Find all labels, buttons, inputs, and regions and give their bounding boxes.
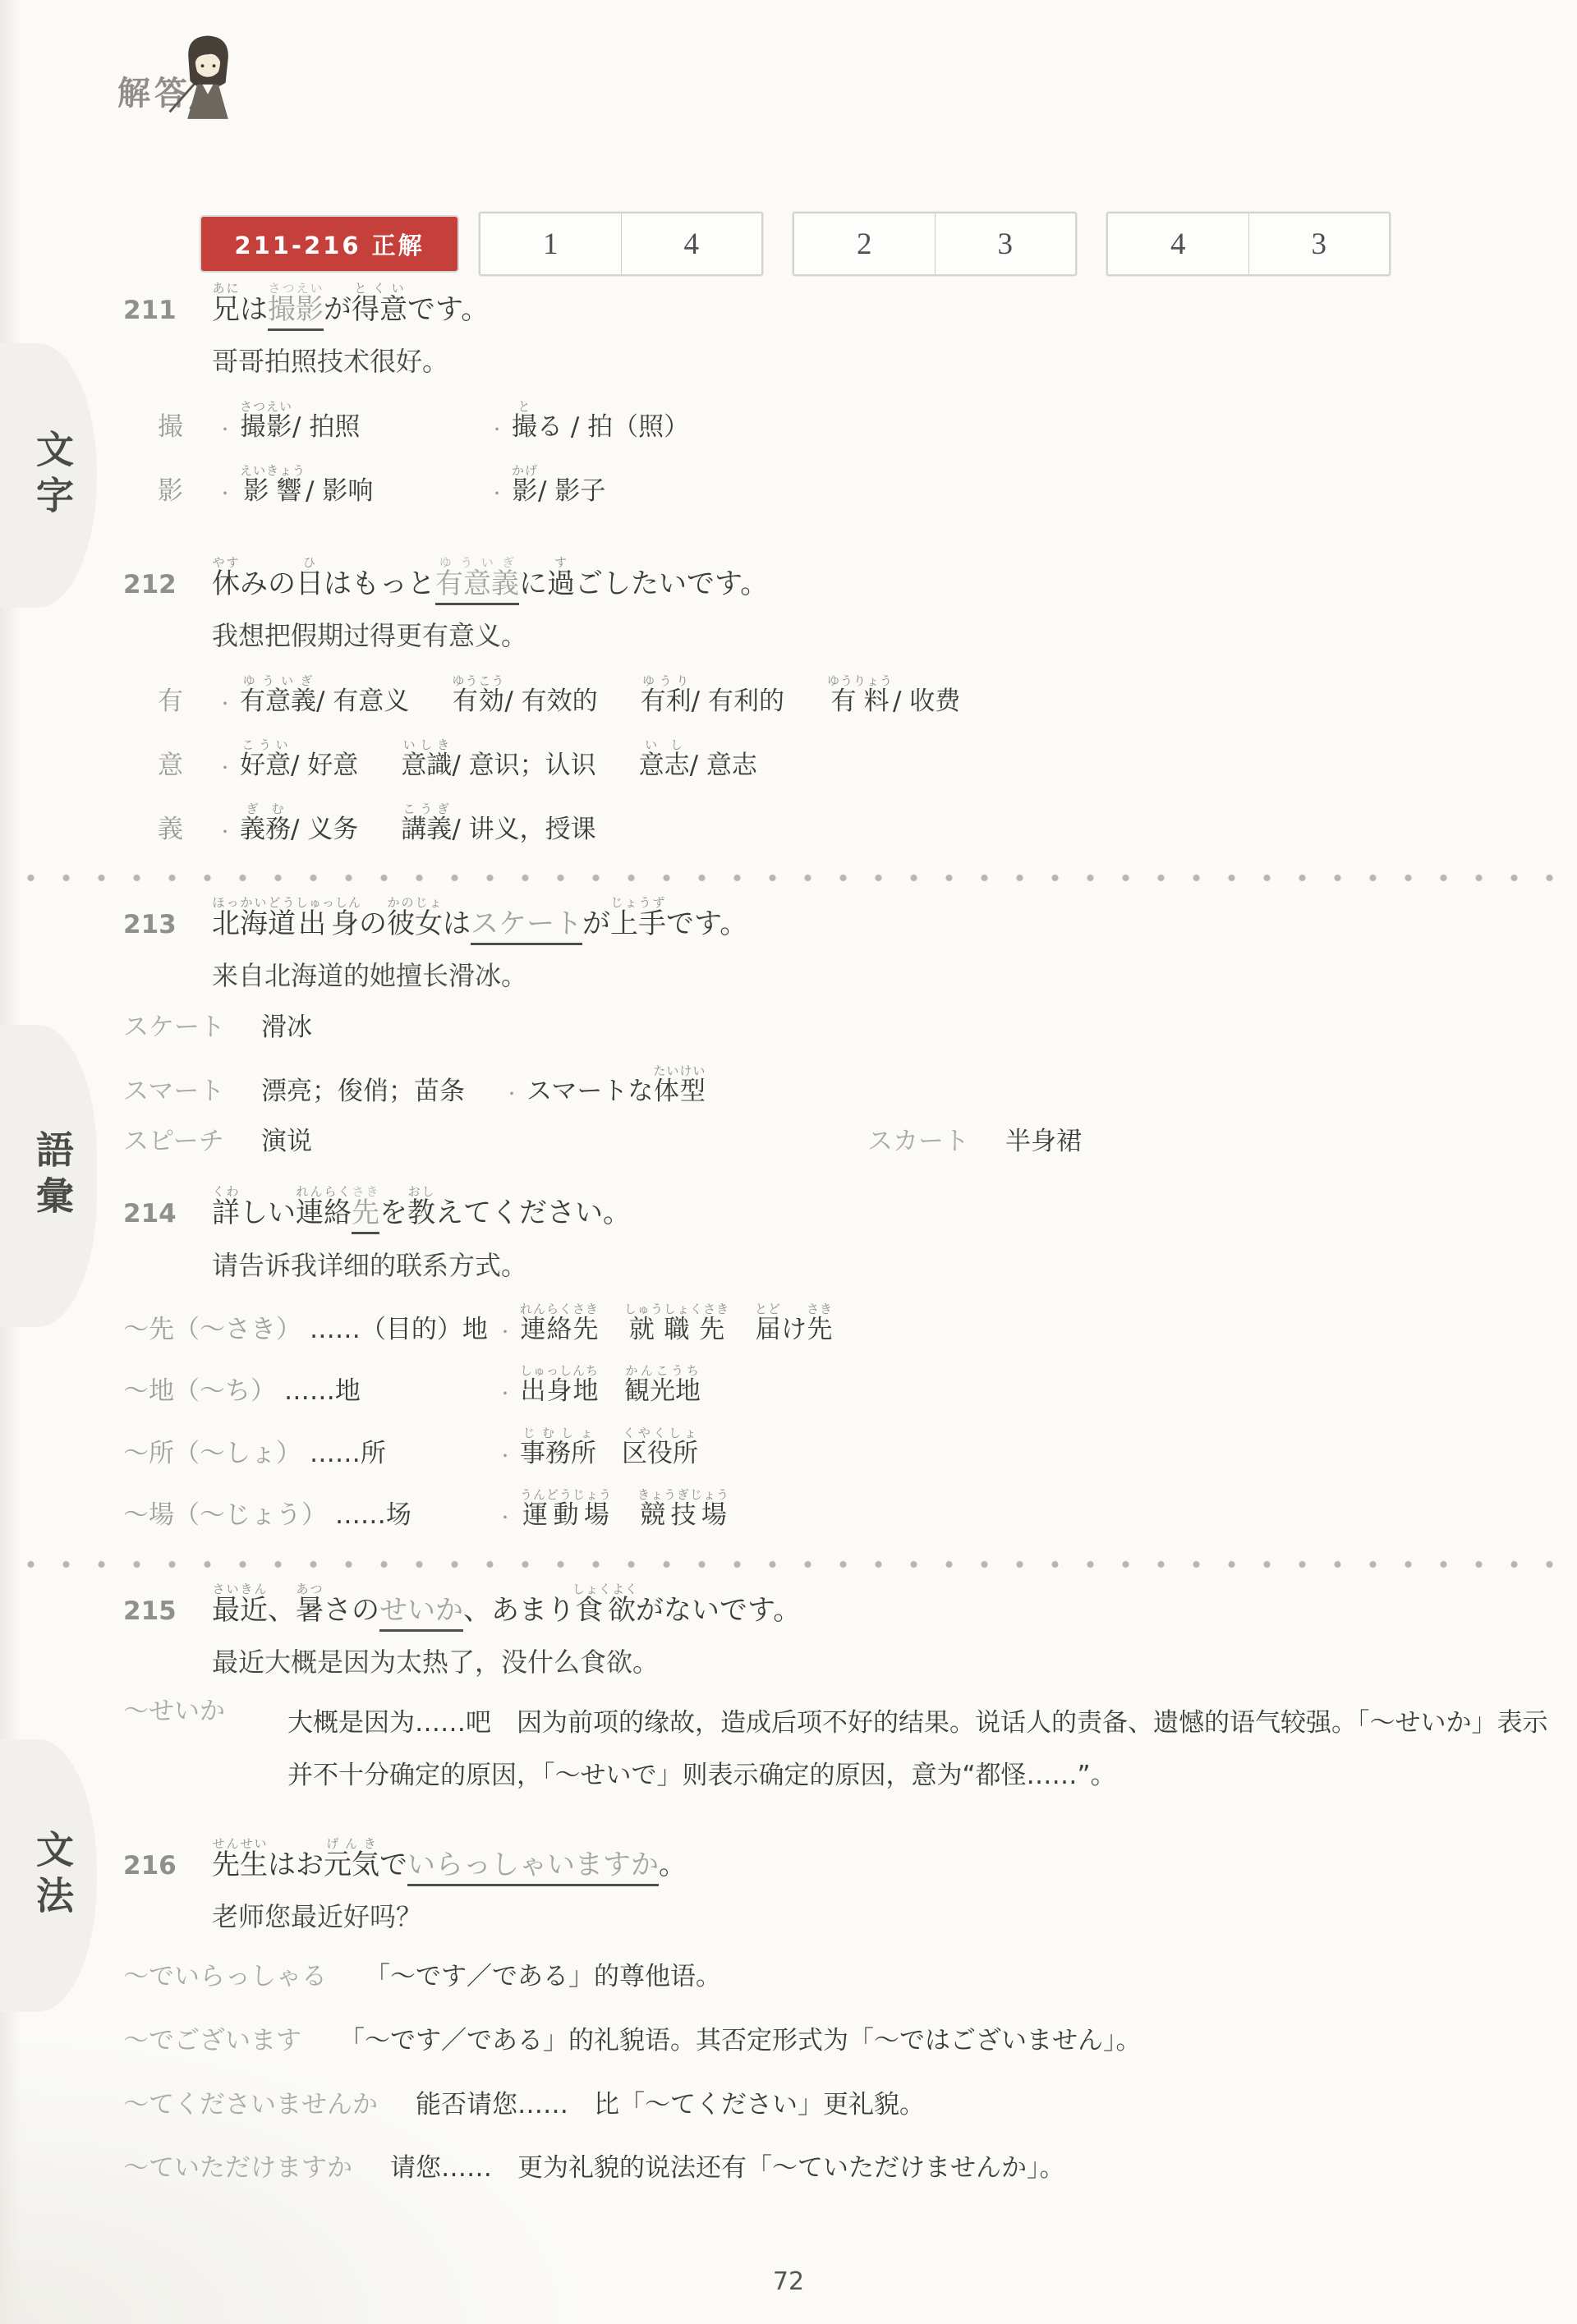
text-segment: ～せいか bbox=[123, 1697, 225, 1726]
text-segment: 先さき bbox=[352, 1196, 379, 1234]
vocab-row: ～ていただけますか请您…… 更为礼貌的说法还有「～ていただけませんか」。 bbox=[123, 2148, 1554, 2189]
text-segment: 観光地かんこうち bbox=[624, 1363, 701, 1407]
vocab-item: 大概是因为……吧 因为前项的缘故，造成后项不好的结果。说话人的责备、遗憾的语气较… bbox=[287, 1697, 1554, 1802]
vocab-item: 演说 bbox=[261, 1128, 854, 1157]
text-segment: 意識いしき bbox=[401, 737, 452, 781]
text-segment: 過す bbox=[547, 567, 575, 600]
page-number: 72 bbox=[0, 2267, 1577, 2296]
vocab-label: スピーチ bbox=[123, 1128, 261, 1157]
question-number: 215 bbox=[123, 1597, 212, 1627]
text-segment bbox=[612, 1501, 637, 1531]
text-segment: / 影响 bbox=[306, 477, 373, 507]
dotted-separator bbox=[7, 874, 1554, 882]
vocab-item: 有利ゆうり / 有利的 bbox=[641, 673, 784, 717]
textbook-answer-page: 文字語彙文法 解答 211-216 正解 142343 211兄あには撮影さつえ… bbox=[0, 0, 1577, 2324]
text-segment: は bbox=[443, 907, 471, 940]
vocab-label: スカート bbox=[867, 1128, 1005, 1157]
text-segment bbox=[596, 1440, 622, 1469]
answer-strips: 142343 bbox=[479, 212, 1420, 276]
vocab-item: 講義こうぎ / 讲义，授课 bbox=[401, 801, 595, 845]
vocab-label: スケート bbox=[123, 1013, 261, 1043]
vocab-label: 影 bbox=[158, 477, 217, 507]
text-segment: / 有意义 bbox=[316, 687, 409, 717]
text-segment: 事務所じむしょ bbox=[520, 1426, 596, 1469]
vocab-rows: 有・有意義ゆういぎ / 有意义有効ゆうこう / 有效的有利ゆうり / 有利的有料… bbox=[123, 673, 1554, 844]
text-segment: 体型たいけい bbox=[653, 1063, 706, 1107]
text-segment: 演说 bbox=[261, 1128, 312, 1157]
text-segment: です。 bbox=[407, 293, 489, 326]
vocab-row: 有・有意義ゆういぎ / 有意义有効ゆうこう / 有效的有利ゆうり / 有利的有料… bbox=[123, 673, 1554, 717]
question-sentence-line: 213北海道ほっかいどう出身しゅっしんの彼女かのじょはスケートが上手じょうずです… bbox=[123, 895, 1554, 940]
text-segment: 「～です／である」的礼貌语。其否定形式为「～ではございません」。 bbox=[339, 2021, 1142, 2062]
text-segment: 義務ぎむ bbox=[240, 801, 291, 845]
question-number: 214 bbox=[123, 1200, 212, 1229]
vocab-label: ～でございます bbox=[123, 2027, 301, 2056]
text-segment: 撮と bbox=[512, 399, 537, 443]
vocab-rows: 撮・撮影さつえい / 拍照・撮とる / 拍（照）影・影響えいきょう / 影响・影… bbox=[123, 399, 1554, 506]
text-segment bbox=[599, 1316, 624, 1345]
vocab-item: ・有意義ゆういぎ / 有意义 bbox=[217, 673, 409, 717]
text-segment: が bbox=[324, 293, 352, 326]
item-bullet: ・ bbox=[489, 420, 505, 439]
vocab-item: 能否请您…… 比「～てください」更礼貌。 bbox=[416, 2085, 925, 2126]
vocab-row: ～でいらっしゃる「～です／である」的尊他语。 bbox=[123, 1957, 1554, 1998]
vocab-label: 撮 bbox=[158, 413, 217, 443]
text-segment: はお bbox=[268, 1849, 324, 1881]
vocab-item: ・影かげ / 影子 bbox=[489, 463, 747, 507]
text-segment: で bbox=[379, 1849, 407, 1881]
sidebar-tab-label: 文字 bbox=[17, 429, 80, 521]
text-segment: 就職先しゅうしょくさき bbox=[624, 1302, 729, 1345]
question-sentence: 北海道ほっかいどう出身しゅっしんの彼女かのじょはスケートが上手じょうずです。 bbox=[212, 895, 747, 940]
answer-value: 3 bbox=[935, 214, 1076, 274]
item-bullet: ・ bbox=[217, 823, 233, 842]
vocab-item: 半身裙 bbox=[1005, 1128, 1082, 1157]
text-segment: 撮 bbox=[158, 412, 183, 442]
question-214: 214詳くわしい連絡れんらく先さきを教おしえてください。请告诉我详细的联系方式。… bbox=[123, 1184, 1554, 1531]
vocab-item: 「～です／である」的尊他语。 bbox=[365, 1957, 721, 1998]
text-segment: 有利ゆうり bbox=[641, 673, 692, 717]
sidebar-tab-label: 語彙 bbox=[17, 1130, 80, 1222]
sidebar-tab-文法: 文法 bbox=[0, 1739, 97, 2012]
vocab-item: 滑冰 bbox=[261, 1013, 312, 1043]
answer-value: 4 bbox=[621, 214, 762, 274]
question-sentence: 先生せんせいはお元気げんきでいらっしゃいますか。 bbox=[212, 1836, 687, 1881]
vocab-row: 義・義務ぎむ / 义务講義こうぎ / 讲义，授课 bbox=[123, 801, 1554, 845]
text-segment: 有効ゆうこう bbox=[452, 673, 504, 717]
text-segment: / 影子 bbox=[538, 477, 605, 507]
text-segment: 撮影さつえい bbox=[268, 293, 324, 331]
text-segment: け bbox=[781, 1316, 807, 1345]
question-sentence-line: 215最近さいきん、暑あつさのせいか、あまり食欲しょくよくがないです。 bbox=[123, 1582, 1554, 1627]
vocab-row: ～所（～しょ） ……所・事務所じむしょ 区役所くやくしょ bbox=[123, 1426, 1554, 1469]
text-segment: 影かげ bbox=[512, 463, 538, 507]
text-segment: 食欲しょくよく bbox=[575, 1594, 636, 1627]
text-segment: 意 bbox=[158, 751, 183, 780]
text-segment: スマートな bbox=[526, 1077, 653, 1107]
text-segment: は bbox=[240, 293, 268, 326]
vocab-label: ～ていただけますか bbox=[123, 2154, 352, 2184]
text-segment: ～でございます bbox=[123, 2026, 301, 2055]
text-segment: ～地（～ち） bbox=[123, 1376, 276, 1406]
text-segment: 先生せんせい bbox=[212, 1849, 268, 1881]
text-segment: 区役所くやくしょ bbox=[622, 1426, 698, 1469]
vocab-row: ～先（～さき） ……（目的）地・連絡先れんらくさき 就職先しゅうしょくさき 届と… bbox=[123, 1302, 1554, 1345]
text-segment: / 收费 bbox=[893, 687, 960, 717]
answer-value: 1 bbox=[480, 214, 621, 274]
sidebar-tab-label: 文法 bbox=[17, 1830, 80, 1922]
text-segment: る / 拍（照） bbox=[537, 413, 689, 443]
vocab-row: ～せいか大概是因为……吧 因为前项的缘故，造成后项不好的结果。说话人的责备、遗憾… bbox=[123, 1697, 1554, 1802]
correct-answer-range-badge: 211-216 正解 bbox=[201, 217, 457, 271]
question-translation: 哥哥拍照技术很好。 bbox=[212, 341, 1554, 379]
question-translation: 我想把假期过得更有意义。 bbox=[212, 615, 1554, 653]
text-segment: ～場（～じょう） bbox=[123, 1500, 327, 1530]
vocab-row: ～場（～じょう） ……场・運動場うんどうじょう 競技場きょうぎじょう bbox=[123, 1487, 1554, 1531]
text-segment: 出身しゅっしん bbox=[296, 907, 359, 940]
vocab-label: ～先（～さき） ……（目的）地 bbox=[123, 1316, 497, 1345]
text-segment: がないです。 bbox=[636, 1594, 801, 1627]
text-segment: に bbox=[519, 567, 547, 600]
question-212: 212休やすみの日ひはもっと有意義ゆういぎに過すごしたいです。我想把假期过得更有… bbox=[123, 555, 1554, 844]
vocab-item: ・撮とる / 拍（照） bbox=[489, 399, 747, 443]
text-segment: いらっしゃいますか bbox=[407, 1849, 659, 1886]
question-number: 216 bbox=[123, 1852, 212, 1881]
text-segment: 元気げんき bbox=[324, 1849, 379, 1881]
question-216: 216先生せんせいはお元気げんきでいらっしゃいますか。老师您最近好吗？～でいらっ… bbox=[123, 1836, 1554, 2189]
answer-bar: 211-216 正解 142343 bbox=[201, 212, 1577, 276]
text-segment: 影 bbox=[158, 476, 183, 506]
vocab-label: ～所（～しょ） ……所 bbox=[123, 1440, 497, 1469]
text-segment: 日ひ bbox=[296, 567, 324, 600]
item-bullet: ・ bbox=[217, 759, 233, 778]
vocab-item: 「～です／である」的礼貌语。其否定形式为「～ではございません」。 bbox=[339, 2021, 1142, 2062]
question-translation: 最近大概是因为太热了，没什么食欲。 bbox=[212, 1642, 1554, 1679]
answer-value: 3 bbox=[1248, 214, 1390, 274]
vocab-row: スケート滑冰 bbox=[123, 1013, 1554, 1043]
text-segment: 競技場きょうぎじょう bbox=[637, 1487, 729, 1531]
answer-strip: 23 bbox=[793, 212, 1077, 276]
text-segment bbox=[729, 1316, 755, 1345]
text-segment: 北海道ほっかいどう bbox=[212, 907, 296, 940]
vocab-item: 有効ゆうこう / 有效的 bbox=[452, 673, 597, 717]
question-number: 213 bbox=[123, 911, 212, 940]
vocab-row: ～でございます「～です／である」的礼貌语。其否定形式为「～ではございません」。 bbox=[123, 2021, 1554, 2062]
text-segment: 「～です／である」的尊他语。 bbox=[365, 1957, 721, 1998]
vocab-item: ・運動場うんどうじょう 競技場きょうぎじょう bbox=[497, 1487, 729, 1531]
text-segment: 半身裙 bbox=[1005, 1128, 1082, 1157]
text-segment: ～てくださいませんか bbox=[123, 2090, 378, 2120]
vocab-row: ～地（～ち） ……地・出身地しゅっしんち 観光地かんこうち bbox=[123, 1363, 1554, 1407]
text-segment: 教おし bbox=[407, 1196, 435, 1229]
vocab-label: 義 bbox=[158, 815, 217, 845]
page-header: 解答 bbox=[117, 0, 1577, 171]
text-segment: 请您…… 更为礼貌的说法还有「～ていただけませんか」。 bbox=[390, 2148, 1065, 2189]
text-segment: 運動場うんどうじょう bbox=[520, 1487, 612, 1531]
text-segment: / 意识；认识 bbox=[452, 751, 595, 781]
text-segment: 先さき bbox=[807, 1302, 833, 1345]
text-segment: ～でいらっしゃる bbox=[123, 1962, 327, 1991]
answer-strip: 14 bbox=[479, 212, 763, 276]
vocab-label: スマート bbox=[123, 1077, 261, 1107]
vocab-row: 影・影響えいきょう / 影响・影かげ / 影子 bbox=[123, 463, 1554, 507]
text-segment: 意志いし bbox=[639, 737, 690, 781]
text-segment: 届とど bbox=[755, 1302, 781, 1345]
text-segment: / 拍照 bbox=[292, 413, 360, 443]
answer-strip: 43 bbox=[1106, 212, 1391, 276]
text-segment: せいか bbox=[379, 1594, 463, 1632]
item-bullet: ・ bbox=[503, 1085, 520, 1104]
text-segment: の bbox=[359, 907, 387, 940]
vocab-label: ～せいか bbox=[123, 1697, 287, 1727]
vocab-item: ・好意こうい / 好意 bbox=[217, 737, 358, 781]
text-segment: 出身地しゅっしんち bbox=[520, 1363, 599, 1407]
text-segment: 漂亮；俊俏；苗条 bbox=[261, 1077, 490, 1107]
text-segment: ……所 bbox=[301, 1439, 386, 1468]
text-segment: 得意とくい bbox=[352, 293, 407, 326]
text-segment: 、あまり bbox=[463, 1594, 575, 1627]
item-bullet: ・ bbox=[489, 485, 505, 503]
text-segment: 休やす bbox=[212, 567, 240, 600]
text-segment: 上手じょうず bbox=[610, 907, 666, 940]
item-bullet: ・ bbox=[217, 485, 233, 503]
question-213: 213北海道ほっかいどう出身しゅっしんの彼女かのじょはスケートが上手じょうずです… bbox=[123, 895, 1554, 1156]
vocab-label: ～地（～ち） ……地 bbox=[123, 1377, 497, 1407]
vocab-row: スマート漂亮；俊俏；苗条 ・スマートな体型たいけい bbox=[123, 1063, 1554, 1107]
text-segment: 連絡先れんらくさき bbox=[520, 1302, 599, 1345]
teacher-girl-illustration bbox=[163, 30, 252, 120]
text-segment: 連絡れんらく bbox=[296, 1196, 352, 1229]
text-segment: ～ていただけますか bbox=[123, 2153, 352, 2183]
vocab-item: 漂亮；俊俏；苗条 bbox=[261, 1077, 490, 1107]
question-sentence-line: 214詳くわしい連絡れんらく先さきを教おしえてください。 bbox=[123, 1184, 1554, 1229]
answer-value: 4 bbox=[1108, 214, 1248, 274]
text-segment: さの bbox=[324, 1594, 379, 1627]
text-segment: ～所（～しょ） bbox=[123, 1439, 301, 1468]
vocab-item: 请您…… 更为礼貌的说法还有「～ていただけませんか」。 bbox=[390, 2148, 1065, 2189]
vocab-rows: ～せいか大概是因为……吧 因为前项的缘故，造成后项不好的结果。说话人的责备、遗憾… bbox=[123, 1697, 1554, 1802]
vocab-item: 意志いし / 意志 bbox=[639, 737, 757, 781]
question-sentence: 休やすみの日ひはもっと有意義ゆういぎに過すごしたいです。 bbox=[212, 555, 768, 600]
text-segment: スマート bbox=[123, 1077, 224, 1106]
text-segment: を bbox=[379, 1196, 407, 1229]
question-sentence: 最近さいきん、暑あつさのせいか、あまり食欲しょくよくがないです。 bbox=[212, 1582, 801, 1627]
item-bullet: ・ bbox=[497, 1385, 513, 1403]
text-segment: 有料ゆうりょう bbox=[827, 673, 893, 717]
text-segment: / 义务 bbox=[291, 815, 358, 845]
text-segment: 撮影さつえい bbox=[240, 399, 292, 443]
vocab-label: ～場（～じょう） ……场 bbox=[123, 1501, 497, 1531]
question-215: 215最近さいきん、暑あつさのせいか、あまり食欲しょくよくがないです。最近大概是… bbox=[123, 1582, 1554, 1802]
text-segment: 義 bbox=[158, 815, 183, 844]
item-bullet: ・ bbox=[497, 1509, 513, 1527]
text-segment: 影響えいきょう bbox=[240, 463, 306, 507]
vocab-item: ・事務所じむしょ 区役所くやくしょ bbox=[497, 1426, 698, 1469]
vocab-item: 意識いしき / 意识；认识 bbox=[401, 737, 595, 781]
item-bullet: ・ bbox=[497, 1447, 513, 1466]
vocab-item: ・撮影さつえい / 拍照 bbox=[217, 399, 476, 443]
text-segment: ～先（～さき） bbox=[123, 1315, 301, 1344]
sidebar-tab-文字: 文字 bbox=[0, 343, 97, 608]
question-translation: 请告诉我详细的联系方式。 bbox=[212, 1245, 1554, 1283]
question-translation: 来自北海道的她擅长滑冰。 bbox=[212, 955, 1554, 993]
question-number: 212 bbox=[123, 571, 212, 600]
text-segment: 最近さいきん bbox=[212, 1594, 268, 1627]
vocab-rows: ～先（～さき） ……（目的）地・連絡先れんらくさき 就職先しゅうしょくさき 届と… bbox=[123, 1302, 1554, 1532]
vocab-row: スピーチ演说スカート半身裙 bbox=[123, 1128, 1554, 1157]
text-segment: 有意義ゆういぎ bbox=[240, 673, 316, 717]
text-segment: / 好意 bbox=[291, 751, 358, 781]
text-segment: みの bbox=[240, 567, 296, 600]
text-segment: 大概是因为……吧 因为前项的缘故，造成后项不好的结果。说话人的责备、遗憾的语气较… bbox=[287, 1697, 1554, 1802]
text-segment: 、 bbox=[268, 1594, 296, 1627]
text-segment: ごしたいです。 bbox=[575, 567, 768, 600]
text-segment: が bbox=[582, 907, 610, 940]
text-segment: / 意志 bbox=[690, 751, 757, 781]
vocab-row: 意・好意こうい / 好意意識いしき / 意识；认识意志いし / 意志 bbox=[123, 737, 1554, 781]
question-number: 211 bbox=[123, 296, 212, 326]
answer-value: 2 bbox=[794, 214, 935, 274]
vocab-item: ・出身地しゅっしんち 観光地かんこうち bbox=[497, 1363, 701, 1407]
text-segment: スカート bbox=[867, 1127, 969, 1156]
question-sentence-line: 212休やすみの日ひはもっと有意義ゆういぎに過すごしたいです。 bbox=[123, 555, 1554, 600]
text-segment: 有 bbox=[158, 687, 183, 716]
question-sentence-line: 216先生せんせいはお元気げんきでいらっしゃいますか。 bbox=[123, 1836, 1554, 1881]
vocab-label: ～でいらっしゃる bbox=[123, 1963, 327, 1992]
vocab-item: ・影響えいきょう / 影响 bbox=[217, 463, 476, 507]
text-segment: 好意こうい bbox=[240, 737, 291, 781]
text-segment: 暑あつ bbox=[296, 1594, 324, 1627]
question-sentence-line: 211兄あには撮影さつえいが得意とくいです。 bbox=[123, 281, 1554, 326]
text-segment: / 有利的 bbox=[692, 687, 784, 717]
text-segment: スピーチ bbox=[123, 1127, 224, 1156]
vocab-row: 撮・撮影さつえい / 拍照・撮とる / 拍（照） bbox=[123, 399, 1554, 443]
text-segment: 兄あに bbox=[212, 293, 240, 326]
item-bullet: ・ bbox=[217, 420, 233, 439]
text-segment: しい bbox=[240, 1196, 296, 1229]
text-segment: 有意義ゆういぎ bbox=[435, 567, 519, 605]
questions-content: 211兄あには撮影さつえいが得意とくいです。哥哥拍照技术很好。撮・撮影さつえい … bbox=[123, 281, 1554, 2189]
text-segment bbox=[599, 1377, 624, 1407]
text-segment: 能否请您…… 比「～てください」更礼貌。 bbox=[416, 2085, 925, 2126]
vocab-item: ・義務ぎむ / 义务 bbox=[217, 801, 358, 845]
text-segment: ……地 bbox=[276, 1376, 361, 1406]
text-segment: / 有效的 bbox=[504, 687, 597, 717]
question-211: 211兄あには撮影さつえいが得意とくいです。哥哥拍照技术很好。撮・撮影さつえい … bbox=[123, 281, 1554, 506]
vocab-rows: ～でいらっしゃる「～です／である」的尊他语。～でございます「～です／である」的礼… bbox=[123, 1957, 1554, 2189]
text-segment: 講義こうぎ bbox=[401, 801, 452, 845]
vocab-row: ～てくださいませんか能否请您…… 比「～てください」更礼貌。 bbox=[123, 2085, 1554, 2126]
vocab-label: 有 bbox=[158, 687, 217, 717]
text-segment: スケート bbox=[471, 907, 582, 945]
question-translation: 老师您最近好吗？ bbox=[212, 1896, 1554, 1934]
sidebar-tab-語彙: 語彙 bbox=[0, 1025, 97, 1327]
vocab-item: ・スマートな体型たいけい bbox=[503, 1063, 706, 1107]
text-segment: ……（目的）地 bbox=[301, 1315, 488, 1344]
text-segment: 滑冰 bbox=[261, 1013, 312, 1043]
vocab-label: 意 bbox=[158, 751, 217, 781]
item-bullet: ・ bbox=[497, 1323, 513, 1342]
question-sentence: 詳くわしい連絡れんらく先さきを教おしえてください。 bbox=[212, 1184, 631, 1229]
text-segment: スケート bbox=[123, 1013, 225, 1042]
vocab-rows: スケート滑冰スマート漂亮；俊俏；苗条 ・スマートな体型たいけいスピーチ演说スカー… bbox=[123, 1013, 1554, 1156]
question-sentence: 兄あには撮影さつえいが得意とくいです。 bbox=[212, 281, 489, 326]
text-segment: ……场 bbox=[327, 1500, 411, 1530]
vocab-label: ～てくださいませんか bbox=[123, 2091, 378, 2120]
vocab-item: ・連絡先れんらくさき 就職先しゅうしょくさき 届とどけ先さき bbox=[497, 1302, 833, 1345]
text-segment: えてください。 bbox=[435, 1196, 631, 1229]
text-segment: です。 bbox=[666, 907, 747, 940]
vocab-item: 有料ゆうりょう / 收费 bbox=[827, 673, 960, 717]
text-segment: 彼女かのじょ bbox=[387, 907, 443, 940]
item-bullet: ・ bbox=[217, 695, 233, 714]
text-segment: 詳くわ bbox=[212, 1196, 240, 1229]
text-segment: 。 bbox=[659, 1849, 687, 1881]
dotted-separator bbox=[7, 1560, 1554, 1568]
text-segment: / 讲义，授课 bbox=[452, 815, 595, 845]
text-segment: はもっと bbox=[324, 567, 435, 600]
